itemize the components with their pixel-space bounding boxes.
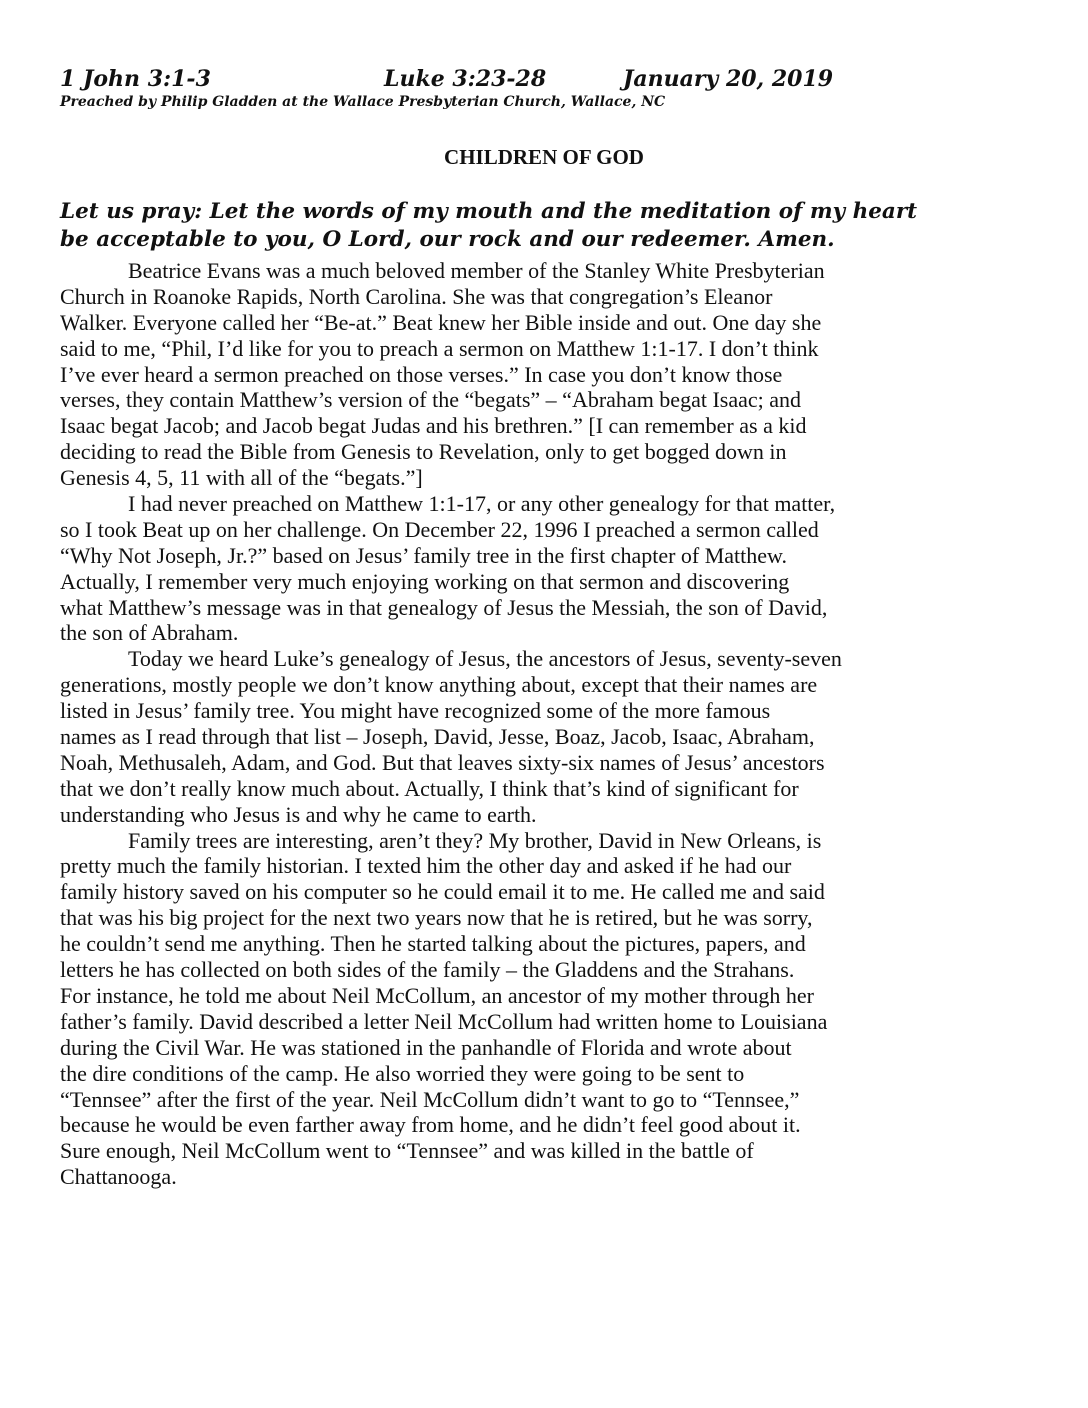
body-line: Isaac begat Jacob; and Jacob begat Judas… — [60, 413, 842, 439]
body-line: “Tennsee” after the first of the year. N… — [60, 1087, 842, 1113]
body-line: deciding to read the Bible from Genesis … — [60, 439, 842, 465]
body-line: “Why Not Joseph, Jr.?” based on Jesus’ f… — [60, 543, 842, 569]
body-line: For instance, he told me about Neil McCo… — [60, 983, 842, 1009]
body-line: because he would be even farther away fr… — [60, 1112, 842, 1138]
body-line: verses, they contain Matthew’s version o… — [60, 387, 842, 413]
preached-by-line: Preached by Philip Gladden at the Wallac… — [60, 94, 665, 110]
body-line: he couldn’t send me anything. Then he st… — [60, 931, 842, 957]
sermon-body: Beatrice Evans was a much beloved member… — [60, 258, 842, 1190]
body-line: during the Civil War. He was stationed i… — [60, 1035, 842, 1061]
body-line: so I took Beat up on her challenge. On D… — [60, 517, 842, 543]
body-line: names as I read through that list – Jose… — [60, 724, 842, 750]
body-line: that was his big project for the next tw… — [60, 905, 842, 931]
body-line: I’ve ever heard a sermon preached on tho… — [60, 362, 842, 388]
prayer-line: be acceptable to you, O Lord, our rock a… — [60, 226, 917, 254]
body-line: understanding who Jesus is and why he ca… — [60, 802, 842, 828]
scripture-reference-1: 1 John 3:1-3 — [60, 66, 211, 92]
body-line: father’s family. David described a lette… — [60, 1009, 842, 1035]
body-line: the dire conditions of the camp. He also… — [60, 1061, 842, 1087]
body-line: family history saved on his computer so … — [60, 879, 842, 905]
opening-prayer: Let us pray: Let the words of my mouth a… — [60, 198, 917, 254]
body-line: what Matthew’s message was in that genea… — [60, 595, 842, 621]
sermon-date: January 20, 2019 — [623, 66, 833, 92]
body-line: Family trees are interesting, aren’t the… — [60, 828, 842, 854]
scripture-reference-2: Luke 3:23-28 — [384, 66, 546, 92]
body-line: the son of Abraham. — [60, 620, 842, 646]
body-line: Sure enough, Neil McCollum went to “Tenn… — [60, 1138, 842, 1164]
body-line: Noah, Methusaleh, Adam, and God. But tha… — [60, 750, 842, 776]
prayer-line: Let us pray: Let the words of my mouth a… — [60, 198, 917, 226]
body-line: that we don’t really know much about. Ac… — [60, 776, 842, 802]
sermon-title: CHILDREN OF GOD — [0, 145, 1088, 170]
body-line: I had never preached on Matthew 1:1-17, … — [60, 491, 842, 517]
body-line: listed in Jesus’ family tree. You might … — [60, 698, 842, 724]
body-line: Walker. Everyone called her “Be-at.” Bea… — [60, 310, 842, 336]
body-line: generations, mostly people we don’t know… — [60, 672, 842, 698]
body-line: Genesis 4, 5, 11 with all of the “begats… — [60, 465, 842, 491]
body-line: Beatrice Evans was a much beloved member… — [60, 258, 842, 284]
body-line: Today we heard Luke’s genealogy of Jesus… — [60, 646, 842, 672]
body-line: Church in Roanoke Rapids, North Carolina… — [60, 284, 842, 310]
body-line: letters he has collected on both sides o… — [60, 957, 842, 983]
body-line: Chattanooga. — [60, 1164, 842, 1190]
document-page: 1 John 3:1-3 Luke 3:23-28 January 20, 20… — [0, 0, 1088, 1408]
body-line: pretty much the family historian. I text… — [60, 853, 842, 879]
body-line: said to me, “Phil, I’d like for you to p… — [60, 336, 842, 362]
body-line: Actually, I remember very much enjoying … — [60, 569, 842, 595]
